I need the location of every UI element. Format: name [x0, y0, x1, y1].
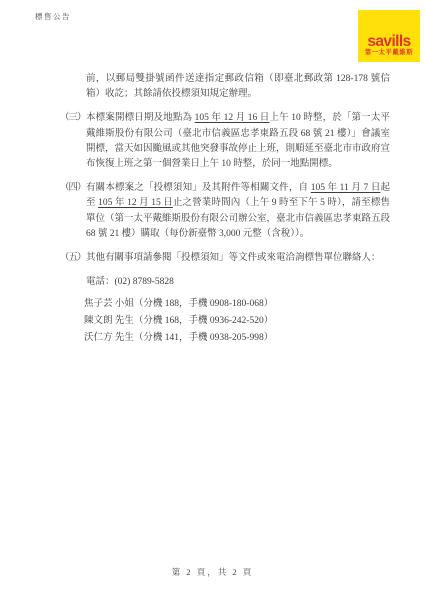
- section-item-3: （三） 本標案開標日期及地點為 105 年 12 月 16 日上午 10 時整，…: [60, 111, 390, 172]
- contact-line: 焦子芸 小姐（分機 188，手機 0908-180-068）: [84, 296, 390, 313]
- section-label: （三）: [60, 111, 86, 172]
- page-number-footer: 第 2 頁，共 2 頁: [0, 566, 425, 578]
- contact-line: 陳文朗 先生（分機 168，手機 0936-242-520）: [84, 313, 390, 330]
- section-label: （四）: [60, 181, 86, 242]
- section-item-5: （五） 其他有關事項請參閱「投標須知」等文件或來電洽詢標售單位聯絡人：: [60, 251, 390, 266]
- section-text: 本標案開標日期及地點為 105 年 12 月 16 日上午 10 時整，於「第一…: [86, 111, 390, 172]
- section-item-4: （四） 有關本標案之「投標須知」及其附件等相關文件，自 105 年 11 月 7…: [60, 181, 390, 242]
- savills-wordmark: savills: [367, 35, 410, 48]
- document-body: 前，以郵局雙掛號函件送達指定郵政信箱（即臺北郵政第 128-178 號信箱）收訖…: [60, 72, 390, 347]
- contact-list: 焦子芸 小姐（分機 188，手機 0908-180-068） 陳文朗 先生（分機…: [84, 296, 390, 346]
- section-text: 其他有關事項請參閱「投標須知」等文件或來電洽詢標售單位聯絡人：: [86, 251, 390, 266]
- intro-paragraph: 前，以郵局雙掛號函件送達指定郵政信箱（即臺北郵政第 128-178 號信箱）收訖…: [86, 72, 390, 102]
- contact-line: 沃仁方 先生（分機 141，手機 0938-205-998）: [84, 330, 390, 347]
- section-text: 有關本標案之「投標須知」及其附件等相關文件，自 105 年 11 月 7 日起至…: [86, 181, 390, 242]
- savills-logo: savills 第一太平戴維斯: [358, 10, 420, 62]
- phone-line: 電話：(02) 8789-5828: [86, 275, 390, 290]
- savills-chinese-name: 第一太平戴維斯: [365, 49, 413, 57]
- doc-type-label: 標售公告: [35, 11, 71, 22]
- document-page: 標售公告 savills 第一太平戴維斯 前，以郵局雙掛號函件送達指定郵政信箱（…: [0, 0, 425, 600]
- section-label: （五）: [60, 251, 86, 266]
